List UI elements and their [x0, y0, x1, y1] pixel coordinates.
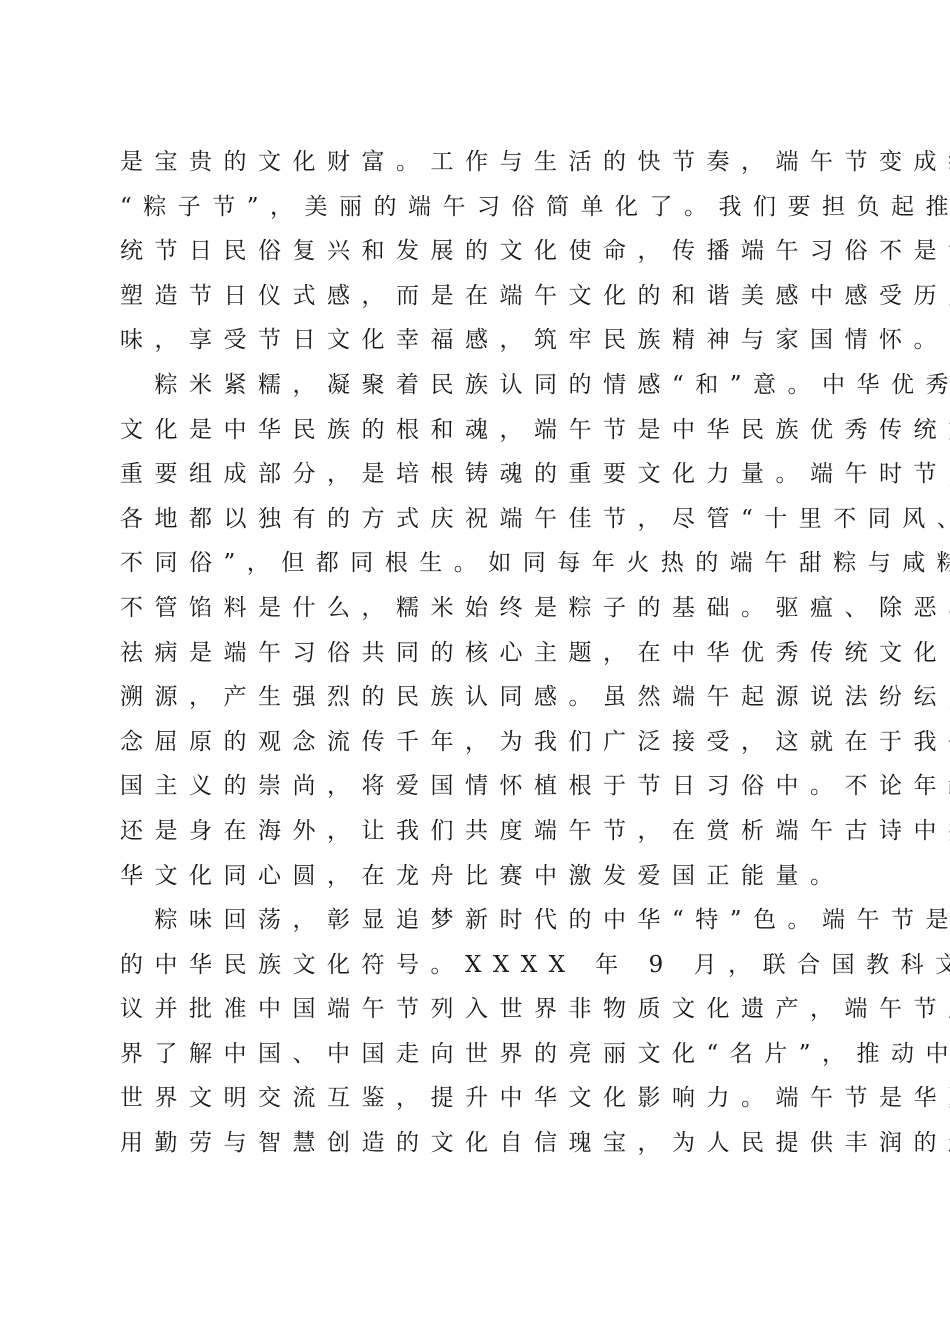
document-page: 是宝贵的文化财富。工作与生活的快节奏，端午节变成纯粹的 “粽子节”，美丽的端午习…	[120, 140, 825, 1166]
text-line: 各地都以独有的方式庆祝端午佳节，尽管“十里不同风、百里	[120, 497, 825, 542]
paragraph-2: 粽米紧糯，凝聚着民族认同的情感“和”意。中华优秀传统 文化是中华民族的根和魂，端…	[120, 363, 825, 898]
text-line: 界了解中国、中国走向世界的亮丽文化“名片”，推动中国与	[120, 1032, 825, 1077]
text-line: 味，享受节日文化幸福感，筑牢民族精神与家国情怀。	[120, 318, 825, 363]
text-line: 念屈原的观念流传千年，为我们广泛接受，这就在于我们对爱	[120, 720, 825, 765]
paragraph-3: 粽味回荡，彰显追梦新时代的中华“特”色。端午节是重要 的中华民族文化符号。XXX…	[120, 898, 825, 1166]
text-line: 的中华民族文化符号。XXXX 年 9 月，联合国教科文组织正式审	[120, 943, 825, 988]
text-line: 议并批准中国端午节列入世界非物质文化遗产，端午节成为世	[120, 987, 825, 1032]
text-line: 是宝贵的文化财富。工作与生活的快节奏，端午节变成纯粹的	[120, 140, 825, 185]
text-line: 不同俗”，但都同根生。如同每年火热的端午甜粽与咸粽之争，	[120, 541, 825, 586]
text-line: “粽子节”，美丽的端午习俗简单化了。我们要担负起推动传	[120, 185, 825, 230]
text-line: 文化是中华民族的根和魂，端午节是中华民族优秀传统文化的	[120, 408, 825, 453]
text-line: 还是身在海外，让我们共度端午节，在赏析端午古诗中共绘中	[120, 809, 825, 854]
text-line: 粽味回荡，彰显追梦新时代的中华“特”色。端午节是重要	[120, 898, 825, 943]
text-line: 统节日民俗复兴和发展的文化使命，传播端午习俗不是简单的	[120, 229, 825, 274]
text-line: 国主义的崇尚，将爱国情怀植根于节日习俗中。不论年龄大小，	[120, 764, 825, 809]
text-line: 祛病是端午习俗共同的核心主题，在中华优秀传统文化中追根	[120, 631, 825, 676]
text-line: 不管馅料是什么，糯米始终是粽子的基础。驱瘟、除恶、消灾、	[120, 586, 825, 631]
text-line: 世界文明交流互鉴，提升中华文化影响力。端午节是华夏儿女	[120, 1076, 825, 1121]
text-line: 华文化同心圆，在龙舟比赛中激发爱国正能量。	[120, 854, 825, 899]
text-line: 重要组成部分，是培根铸魂的重要文化力量。端午时节，全国	[120, 452, 825, 497]
text-line: 溯源，产生强烈的民族认同感。虽然端午起源说法纷纭，但纪	[120, 675, 825, 720]
paragraph-1: 是宝贵的文化财富。工作与生活的快节奏，端午节变成纯粹的 “粽子节”，美丽的端午习…	[120, 140, 825, 363]
text-line: 塑造节日仪式感，而是在端午文化的和谐美感中感受历史的韵	[120, 274, 825, 319]
text-line: 用勤劳与智慧创造的文化自信瑰宝，为人民提供丰润的道德滋	[120, 1121, 825, 1166]
text-line: 粽米紧糯，凝聚着民族认同的情感“和”意。中华优秀传统	[120, 363, 825, 408]
